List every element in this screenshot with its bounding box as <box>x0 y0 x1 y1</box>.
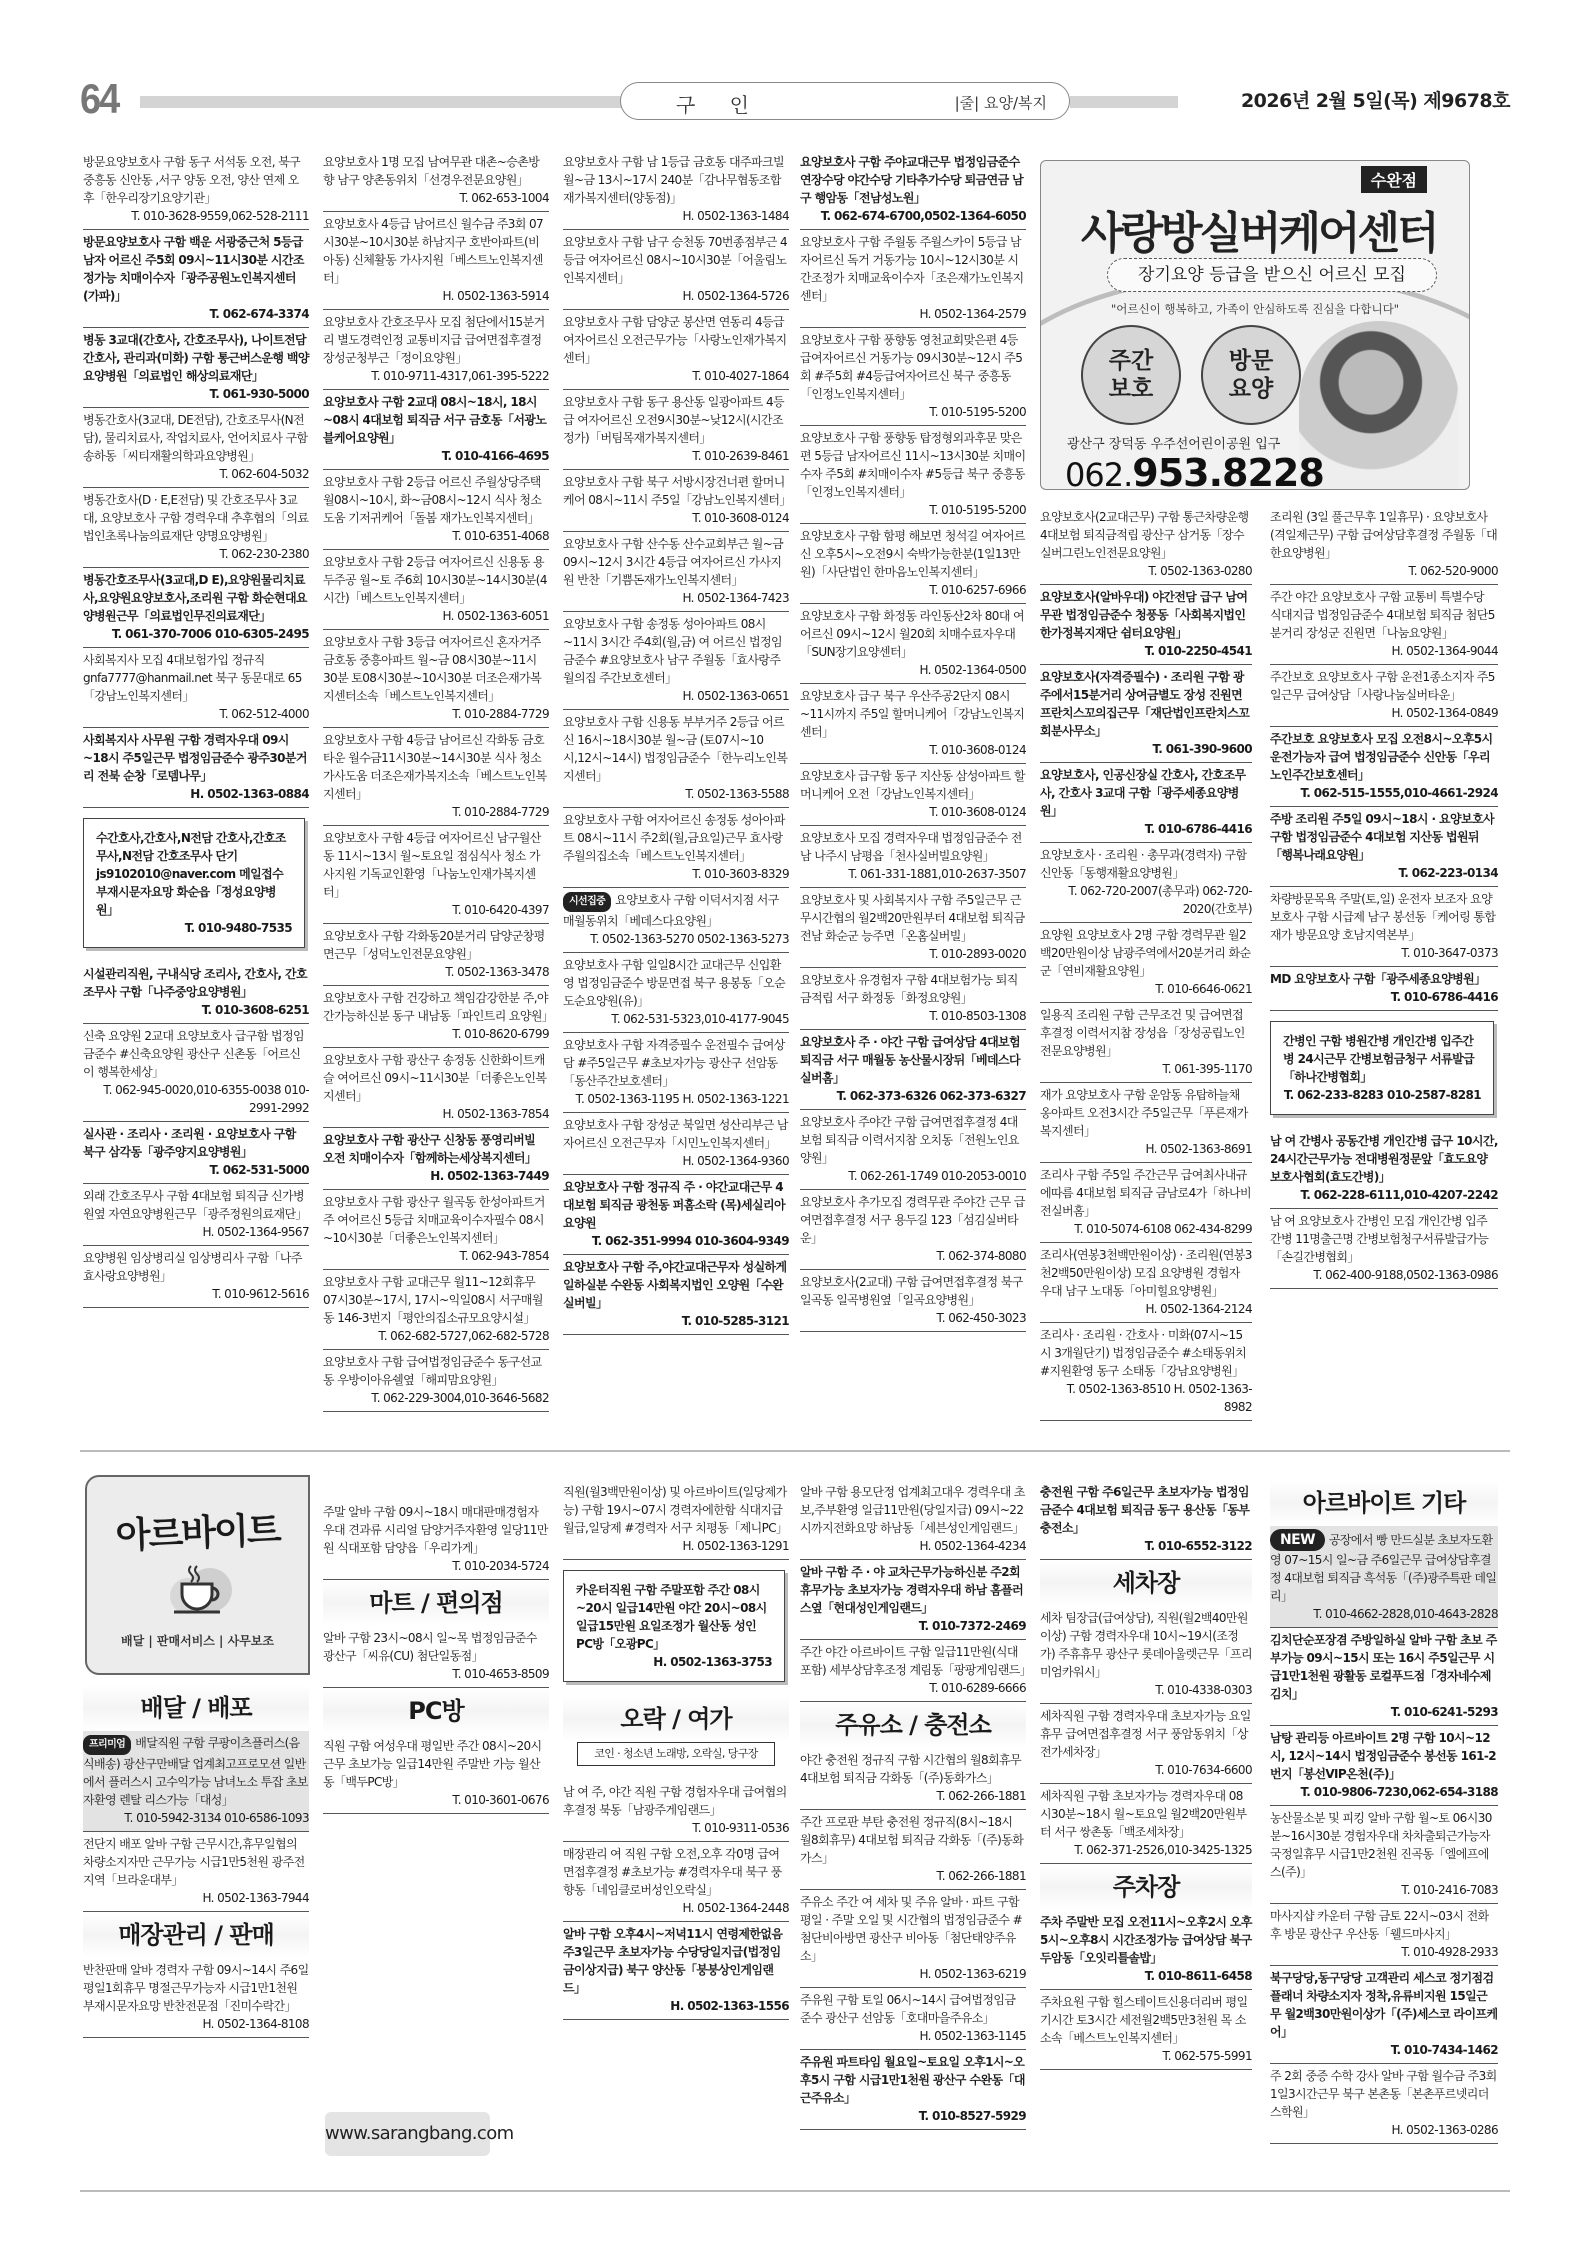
classified-ad[interactable]: 시선집중요양보호사 구함 이덕서지점 서구 매월동위치「베데스다요양원」T. 0… <box>563 888 789 953</box>
ad-phone: T. 0502-1363-8510 H. 0502-1363-8982 <box>1040 1380 1252 1416</box>
classified-ad[interactable]: 요양보호사 급구 북구 우산주공2단지 08시~11시까지 주5일 할머니케어「… <box>800 684 1026 764</box>
ad-text: 요양보호사 구함 2등급 어르신 주월상당주택 월08시~10시, 화~금08시… <box>323 475 541 525</box>
ad-text: 주간 야간 요양보호사 구함 교통비 특별수당 식대지급 법정임금준수 4대보험… <box>1270 590 1495 640</box>
ad-badge: NEW <box>1270 1529 1325 1551</box>
classified-ad[interactable]: 요양보호사 구함 풍향동 영천교회맞은편 4등급여자어르신 거동가능 09시30… <box>800 328 1026 426</box>
ad-text: 차량방문목욕 주말(토,일) 운전자 보조자 요양보호사 구함 시급제 남구 봉… <box>1270 892 1495 942</box>
ad-phone: T. 062-720-2007(총무과) 062-720-2020(간호부) <box>1040 882 1252 918</box>
classified-ad[interactable]: 요양보호사, 인공신장실 간호사, 간호조무사, 간호사 3교대 구함「광주세종… <box>1040 763 1252 843</box>
classified-ad[interactable]: 요양보호사 구함 자격증필수 운전필수 급여상담 #주5일근무 #초보자가능 광… <box>563 1033 789 1113</box>
ad-text: 농산물소분 및 피킹 알바 구함 월~토 06시30분~16시30분 경험자우대… <box>1270 1811 1492 1879</box>
ad-text: 요양보호사 · 조리원 · 총무과(경력자) 구함 신안동「동행재활요양병원」 <box>1040 848 1247 880</box>
classified-ad[interactable]: 요양보호사 구함 건강하고 책임감강한분 주,야간가능하신분 동구 내남동「파인… <box>323 986 549 1048</box>
center-address: 광산구 장덕동 우주선어린이공원 입구 <box>1067 433 1280 452</box>
ad-text: 세차직원 구함 경력자우대 초보자가능 요일휴무 급여면접후결정 서구 풍암동위… <box>1040 1709 1251 1759</box>
alba-column-6: 아르바이트 기타NEW공장에서 빵 만드실분 초보자도환영 07~15시 일~금… <box>1270 1480 1498 2144</box>
classified-ad[interactable]: 주간보호 요양보호사 구함 운전1종소지자 주5일근무 급여상담「사랑나눔실버타… <box>1270 665 1498 727</box>
category-title: 마트 / 편의점 <box>323 1580 549 1626</box>
classified-ad[interactable]: 카운터직원 구함 주말포함 주간 08시~20시 일급14만원 야간 20시~0… <box>563 1570 785 1682</box>
ad-text: 요양보호사 주야간 구함 급여면접후결정 4대보험 퇴직금 이력서지참 오치동「… <box>800 1115 1019 1165</box>
ad-phone: T. 062-520-9000 <box>1270 562 1498 580</box>
ad-text: 주간보호 요양보호사 모집 오전8시~오후5시 운전가능자 급여 법정임금준수 … <box>1270 732 1493 782</box>
classified-ad[interactable]: 요양보호사 구함 교대근무 월11~12회휴무 07시30분~17시, 17시~… <box>323 1270 549 1350</box>
ad-text: 사회복지사 사무원 구함 경력자우대 09시~18시 주5일근무 법정임금준수 … <box>83 733 307 783</box>
ad-phone: T. 010-6257-6966 <box>800 581 1026 599</box>
alba-logo-box: 아르바이트 배달 | 판매서비스 | 사무보조 <box>85 1475 310 1675</box>
classified-ad[interactable]: 요양보호사 구함 동구 용산동 일광아파트 4등급 여자어르신 오전9시30분~… <box>563 390 789 470</box>
classified-ad[interactable]: 요양보호사 구함 급여법정임금준수 동구선교동 우방이아유쉘옆「해피맘요양원」T… <box>323 1350 549 1412</box>
ad-phone: T. 062-674-3374 <box>83 305 309 323</box>
ad-text: 주차요원 구함 힐스테이트신용더리버 평일기시간 토3시간 세전월2백5만3천원… <box>1040 1995 1248 2045</box>
ad-text: 요양보호사(2교대근무) 구함 통근차량운행 4대보험 퇴직금적립 광산구 삼거… <box>1040 510 1249 560</box>
ad-text: 세차 팀장급(급여상담), 직원(월2백40만원이상) 구함 경력자우대 10시… <box>1040 1611 1252 1679</box>
classified-ad[interactable]: 알바 구함 주 · 야 교차근무가능하신분 주2회휴무가능 초보자가능 경력자우… <box>800 1560 1026 1640</box>
ad-text: 방문요양보호사 구함 동구 서석동 오전, 북구 중흥동 신안동 ,서구 양동 … <box>83 155 300 205</box>
header-bar-right <box>1070 96 1178 108</box>
ad-phone: T. 010-2639-8461 <box>563 447 789 465</box>
classified-ad[interactable]: 요양보호사 구함 주,야간교대근무자 성실하게 일하실분 수완동 사회복지법인 … <box>563 1255 789 1335</box>
ad-text: 요양보호사(자격증필수) · 조리원 구함 광주에서15분거리 상여금별도 장성… <box>1040 670 1249 738</box>
classified-ad[interactable]: 조리원 (3일 풀근무후 1일휴무) · 요양보호사(격일제근무) 구함 급여상… <box>1270 505 1498 585</box>
classified-ad[interactable]: 요양보호사 구함 2등급 여자어르신 신용동 용두주공 월~토 주6회 10시3… <box>323 550 549 630</box>
classified-ad[interactable]: 주간보호 요양보호사 모집 오전8시~오후5시 운전가능자 급여 법정임금준수 … <box>1270 727 1498 807</box>
category-title: 아르바이트 기타 <box>1270 1480 1498 1526</box>
ad-text: 요양보호사 급구 북구 우산주공2단지 08시~11시까지 주5일 할머니케어「… <box>800 689 1024 739</box>
ad-phone: H. 0502-1363-5914 <box>323 287 549 305</box>
ad-text: 요양보호사 4등급 남어르신 월수금 주3회 07시30분~10시30분 하남지… <box>323 217 543 285</box>
classified-ad[interactable]: 전단지 배포 알바 구함 근무시간,휴무일협의 차량소지자만 근무가능 시급1만… <box>83 1832 309 1912</box>
ad-phone: T. 062-945-0020,010-6355-0038 010-2991-2… <box>83 1081 309 1117</box>
classified-ad[interactable]: 요양보호사 구함 여자어르신 송정동 성아아파트 08시~11시 주2회(월,금… <box>563 808 789 888</box>
classified-ad[interactable]: 요양병원 임상병리실 임상병리사 구함「나주효사랑요양병원」T. 010-961… <box>83 1246 309 1308</box>
ad-phone: H. 0502-1363-8691 <box>1040 1140 1252 1158</box>
ad-phone: T. 062-515-1555,010-4661-2924 <box>1270 784 1498 802</box>
classified-ad[interactable]: 요양보호사 주야간 구함 급여면접후결정 4대보험 퇴직금 이력서지참 오치동「… <box>800 1110 1026 1190</box>
classified-ad[interactable]: 요양보호사 구함 2교대 08시~18시, 18시~08시 4대보험 퇴직금 서… <box>323 390 549 470</box>
ad-text: 병동간호사(3교대, DE전담), 간호조무사(N전담), 물리치료사, 작업치… <box>83 413 307 463</box>
classified-ad[interactable]: 알바 구함 오후4시~저녁11시 연령제한없음 주3일근무 초보자가능 수당당일… <box>563 1922 789 2020</box>
classified-ad[interactable]: 마사지샵 카운터 구함 금토 22시~03시 전화후 방문 광산구 우산동「웰드… <box>1270 1904 1498 1966</box>
ad-phone: T. 061-331-1881,010-2637-3507 <box>800 865 1026 883</box>
ad-phone: H. 0502-1364-7423 <box>563 589 789 607</box>
classified-ad[interactable]: 병동간호사(3교대, DE전담), 간호조무사(N전담), 물리치료사, 작업치… <box>83 408 309 488</box>
classified-column-3: 요양보호사 구함 남 1등급 금호동 대주파크빌 월~금 13시~17시 240… <box>563 150 789 1335</box>
ad-text: 요양보호사 유경험자 구함 4대보험가능 퇴직금적립 서구 화정동「화정요양원」 <box>800 973 1018 1005</box>
ad-phone: T. 062-575-5991 <box>1040 2047 1252 2065</box>
issue-date: 2026년 2월 5일(목) 제9678호 <box>1241 86 1510 113</box>
classified-ad[interactable]: 시설관리직원, 구내식당 조리사, 간호사, 간호조무사 구함「나주중앙요양병원… <box>83 962 309 1024</box>
classified-ad[interactable]: 김치단순포장겸 주방일하실 알바 구함 초보 주부가능 09시~15시 또는 1… <box>1270 1628 1498 1726</box>
ad-phone: T. 062-531-5000 <box>83 1161 309 1179</box>
ad-text: 요양보호사 구함 담양군 봉산면 연동리 4등급 여자어르신 오전근무가능「사랑… <box>563 315 786 365</box>
ad-phone: T. 010-5074-6108 062-434-8299 <box>1040 1220 1252 1238</box>
classified-ad[interactable]: 세차직원 구함 초보자가능 경력자우대 08시30분~18시 월~토요일 월2백… <box>1040 1784 1252 1864</box>
ad-phone: T. 062-682-5727,062-682-5728 <box>323 1327 549 1345</box>
classified-ad[interactable]: 요양보호사 구함 송정동 성아아파트 08시~11시 3시간 주4회(월,금) … <box>563 612 789 710</box>
classified-column-1: 방문요양보호사 구함 동구 서석동 오전, 북구 중흥동 신안동 ,서구 양동 … <box>83 150 309 1308</box>
ad-text: 요양보호사, 인공신장실 간호사, 간호조무사, 간호사 3교대 구함「광주세종… <box>1040 768 1246 818</box>
classified-ad[interactable]: 방문요양보호사 구함 백운 서광중근처 5등급 남자 어르신 주5회 09시~1… <box>83 230 309 328</box>
ad-phone: T. 010-7634-6600 <box>1040 1761 1252 1779</box>
ad-phone: T. 010-6786-4416 <box>1270 988 1498 1006</box>
classified-ad[interactable]: 요양보호사 구함 화정동 라인동산2차 80대 여어르신 09시~12시 월20… <box>800 604 1026 684</box>
ad-text: 요양보호사 구함 급여법정임금준수 동구선교동 우방이아유쉘옆「해피맘요양원」 <box>323 1355 542 1387</box>
ad-text: 요양보호사 구함 4등급 남어르신 각화동 금호타운 월수금11시30분~14시… <box>323 733 546 801</box>
classified-ad[interactable]: 충전원 구함 주6일근무 초보자가능 법정임금준수 4대보험 퇴직금 동구 용산… <box>1040 1480 1252 1560</box>
slogan: "어르신이 행복하고, 가족이 안심하도록 진심을 다합니다" <box>1111 301 1399 317</box>
ad-phone: T. 062-531-5323,010-4177-9045 <box>563 1010 789 1028</box>
ad-text: 요양보호사 1명 모집 남여무관 대촌~승촌방향 남구 양촌동위치「선경우전문요… <box>323 155 539 187</box>
classified-ad[interactable]: 요양보호사 구함 북구 서방시장건너편 할머니케어 08시~11시 주5일「강남… <box>563 470 789 532</box>
ad-text: 요양보호사 구함 광산구 신창동 풍영리버빌 오전 치매이수자「함께하는세상복지… <box>323 1133 536 1165</box>
classified-ad[interactable]: 반찬판매 알바 경력자 구함 09시~14시 주6일 평일1회휴무 명절근무가능… <box>83 1958 309 2038</box>
classified-ad[interactable]: 사회복지사 사무원 구함 경력자우대 09시~18시 주5일근무 법정임금준수 … <box>83 728 309 808</box>
classified-ad[interactable]: 요양보호사 간호조무사 모집 첨단에서15분거리 별도경력인정 교통비지급 급여… <box>323 310 549 390</box>
classified-ad[interactable]: 주간 야간 아르바이트 구함 일급11만원(식대포함) 세부상담후조정 계림동「… <box>800 1640 1026 1702</box>
ad-phone: T. 062-373-6326 062-373-6327 <box>800 1087 1026 1105</box>
ad-text: 요양보호사 구함 자격증필수 운전필수 급여상담 #주5일근무 #초보자가능 광… <box>563 1038 785 1088</box>
ad-phone: H. 0502-1364-9044 <box>1270 642 1498 660</box>
sarangbang-silver-care-ad[interactable]: 수완점 사랑방실버케어센터 장기요양 등급을 받으신 어르신 모집 "어르신이 … <box>1040 160 1470 490</box>
ad-text: 주 2회 중증 수학 강사 알바 구함 월수금 주3회 1일3시간근무 북구 본… <box>1270 2069 1497 2119</box>
ad-phone: T. 010-4027-1864 <box>563 367 789 385</box>
ad-phone: T. 010-8527-5929 <box>800 2107 1026 2125</box>
ad-text: 요양보호사 구함 풍향동 탑정형외과후문 맞은편 5등급 남자어르신 11시~1… <box>800 431 1025 499</box>
classified-ad[interactable]: 병동 3교대(간호사, 간호조무사), 나이트전담 간호사, 관리과(미화) 구… <box>83 328 309 408</box>
classified-ad[interactable]: 차량방문목욕 주말(토,일) 운전자 보조자 요양보호사 구함 시급제 남구 봉… <box>1270 887 1498 967</box>
classified-column-6: 조리원 (3일 풀근무후 1일휴무) · 요양보호사(격일제근무) 구함 급여상… <box>1270 505 1498 1289</box>
classified-ad[interactable]: 요양보호사(2교대근무) 구함 통근차량운행 4대보험 퇴직금적립 광산구 삼거… <box>1040 505 1252 585</box>
classified-ad[interactable]: 요양보호사 급구함 동구 지산동 삼성아파트 할머니케어 오전「강남노인복지센터… <box>800 764 1026 826</box>
ad-text: 요양보호사 구함 동구 용산동 일광아파트 4등급 여자어르신 오전9시30분~… <box>563 395 784 445</box>
ad-text: 수간호사,간호사,N전담 간호사,간호조무사,N전담 간호조무사 단기 js91… <box>96 831 286 917</box>
ad-phone: T. 062-653-1004 <box>323 189 549 207</box>
ad-text: 요양보호사 구함 함평 해보면 청석길 여자어르신 오후5시~오전9시 숙박가능… <box>800 529 1025 579</box>
ad-phone: H. 0502-1363-7854 <box>323 1105 549 1123</box>
ad-phone: H. 0502-1363-6051 <box>323 607 549 625</box>
classified-ad[interactable]: 요양보호사 · 조리원 · 총무과(경력자) 구함 신안동「동행재활요양병원」T… <box>1040 843 1252 923</box>
ad-phone: T. 010-4662-2828,010-4643-2828 <box>1270 1605 1498 1623</box>
ad-phone: T. 010-9711-4317,061-395-5222 <box>323 367 549 385</box>
ad-text: 주차 주말반 모집 오전11시~오후2시 오후5시~오후8시 시간조정가능 급여… <box>1040 1915 1252 1965</box>
category-title: 배달 / 배포 <box>83 1685 309 1731</box>
ad-phone: T. 010-6241-5293 <box>1270 1703 1498 1721</box>
alba-logo-title: 아르바이트 <box>86 1501 309 1560</box>
classified-ad[interactable]: 주 2회 중증 수학 강사 알바 구함 월수금 주3회 1일3시간근무 북구 본… <box>1270 2064 1498 2144</box>
ad-text: 요양보호사(2교대) 구함 급여면접후결정 북구 일곡동 일곡병원옆「일곡요양병… <box>800 1275 1023 1307</box>
ad-text: 요양보호사 구함 교대근무 월11~12회휴무 07시30분~17시, 17시~… <box>323 1275 543 1325</box>
ad-phone: H. 0502-1363-0884 <box>83 785 309 803</box>
classified-ad[interactable]: NEW공장에서 빵 만드실분 초보자도환영 07~15시 일~금 주6일근무 급… <box>1270 1526 1498 1628</box>
ad-phone: T. 010-4338-0303 <box>1040 1681 1252 1699</box>
ad-phone: T. 010-6420-4397 <box>323 901 549 919</box>
ad-phone: T. 010-5942-3134 010-6586-1093 <box>83 1809 309 1827</box>
classified-ad[interactable]: 조리사 구함 주5일 주간근무 급여최사내규에따름 4대보험 퇴직금 금남로4가… <box>1040 1163 1252 1243</box>
section-divider <box>80 1450 1510 1452</box>
ad-text: 요양보호사 구함 4등급 여자어르신 남구월산동 11시~13시 월~토요일 점… <box>323 831 541 899</box>
classified-ad[interactable]: 직원 구함 여성우대 평일반 주간 08시~20시근무 초보가능 일급14만원 … <box>323 1734 549 1814</box>
classified-ad[interactable]: 북구당당,동구당당 고객관리 세스코 정기점검 플래너 차량소지자 정착,유류비… <box>1270 1966 1498 2064</box>
classified-ad[interactable]: 요양보호사 구함 신용동 부부거주 2등급 어르신 16시~18시30분 월~금… <box>563 710 789 808</box>
classified-ad[interactable]: 요양보호사 구함 풍향동 탑정형외과후문 맞은편 5등급 남자어르신 11시~1… <box>800 426 1026 524</box>
classified-ad[interactable]: 주간 야간 요양보호사 구함 교통비 특별수당 식대지급 법정임금준수 4대보험… <box>1270 585 1498 665</box>
ad-text: 요양보호사 구함 각화동20분거리 담양군창평면근무「성덕노인전문요양원」 <box>323 929 545 961</box>
ad-text: 요양보호사 및 사회복지사 구함 주5일근무 근무시간협의 월2백20만원부터 … <box>800 893 1025 943</box>
ad-text: 주간 야간 아르바이트 구함 일급11만원(식대포함) 세부상담후조정 계림동「… <box>800 1645 1031 1677</box>
phone-prefix: 062. <box>1065 456 1132 490</box>
classified-ad[interactable]: 요양보호사 구함 4등급 남어르신 각화동 금호타운 월수금11시30분~14시… <box>323 728 549 826</box>
ad-text: 알바 구함 오후4시~저녁11시 연령제한없음 주3일근무 초보자가능 수당당일… <box>563 1927 782 1995</box>
ad-phone: T. 010-6552-3122 <box>1040 1537 1252 1555</box>
center-name: 사랑방실버케어센터 <box>1081 197 1437 261</box>
classified-ad[interactable]: 요양보호사 구함 일일8시간 교대근무 신입환영 법정임금준수 방문면접 북구 … <box>563 953 789 1033</box>
classified-ad[interactable]: 남 여 주, 야간 직원 구함 경험자우대 급여협의후결정 북동「남광주게임랜드… <box>563 1780 789 1842</box>
ad-phone: T. 061-395-1170 <box>1040 1060 1252 1078</box>
classified-ad[interactable]: 요양보호사 구함 주야교대근무 법정임금준수 연장수당 야간수당 기타추가수당 … <box>800 150 1026 230</box>
classified-ad[interactable]: 주차 주말반 모집 오전11시~오후2시 오후5시~오후8시 시간조정가능 급여… <box>1040 1910 1252 1990</box>
classified-ad[interactable]: 남 여 간병사 공동간병 개인간병 급구 10시간, 24시간근무가능 전대병원… <box>1270 1129 1498 1209</box>
alba-column-1: 배달 / 배포프리미엄배달직원 구함 쿠팡이츠플러스(음식배송) 광산구만배달 … <box>83 1685 309 2038</box>
classified-column-5: 요양보호사(2교대근무) 구함 통근차량운행 4대보험 퇴직금적립 광산구 삼거… <box>1040 505 1252 1421</box>
ad-text: 요양보호사 구함 신용동 부부거주 2등급 어르신 16시~18시30분 월~금… <box>563 715 787 783</box>
ad-phone: T. 062-266-1881 <box>800 1787 1026 1805</box>
classified-ad[interactable]: 병동간호사(D · E,E전담) 및 간호조무사 3교대, 요양보호사 구함 경… <box>83 488 309 568</box>
classified-ad[interactable]: 요양보호사 4등급 남어르신 월수금 주3회 07시30분~10시30분 하남지… <box>323 212 549 310</box>
ad-text: 조리사 구함 주5일 주간근무 급여최사내규에따름 4대보험 퇴직금 금남로4가… <box>1040 1168 1251 1218</box>
classified-ad[interactable]: 농산물소분 및 피킹 알바 구함 월~토 06시30분~16시30분 경험자우대… <box>1270 1806 1498 1904</box>
classified-ad[interactable]: 요양보호사 추가모집 경력무관 주야간 근무 급여면접후결정 서구 용두길 12… <box>800 1190 1026 1270</box>
classified-ad[interactable]: 주차요원 구함 힐스테이트신용더리버 평일기시간 토3시간 세전월2백5만3천원… <box>1040 1990 1252 2070</box>
category-title: 주유소 / 충전소 <box>800 1702 1026 1748</box>
classified-ad[interactable]: 실사관 · 조리사 · 조리원 · 요양보호사 구함 북구 삼각동「광주양지요양… <box>83 1122 309 1184</box>
ad-text: 요양보호사 구함 주월동 주월스카이 5등급 남자어르신 독거 거동가능 10시… <box>800 235 1023 303</box>
ad-text: 신축 요양원 2교대 요양보호사 급구함 법정임금준수 #신축요양원 광산구 신… <box>83 1029 304 1079</box>
ad-phone: T. 010-3608-0124 <box>800 741 1026 759</box>
ad-phone: T. 010-3647-0373 <box>1270 944 1498 962</box>
classified-ad[interactable]: 요양보호사 구함 각화동20분거리 담양군창평면근무「성덕노인전문요양원」T. … <box>323 924 549 986</box>
classified-ad[interactable]: 요양보호사(자격증필수) · 조리원 구함 광주에서15분거리 상여금별도 장성… <box>1040 665 1252 763</box>
ad-text: 주간 프로판 부탄 충전원 정규직(8시~18시 월8회휴무) 4대보험 퇴직금… <box>800 1815 1023 1865</box>
alba-column-4: 알바 구함 용모단정 업계최고대우 경력우대 초보,주부환영 일급11만원(당일… <box>800 1480 1026 2130</box>
ad-text: 조리원 (3일 풀근무후 1일휴무) · 요양보호사(격일제근무) 구함 급여상… <box>1270 510 1497 560</box>
coffee-cup-icon <box>158 1562 238 1624</box>
classified-ad[interactable]: 주방 조리원 주5일 09시~18시 · 요양보호사 구함 법정임금준수 4대보… <box>1270 807 1498 887</box>
classified-ad[interactable]: 남탕 관리등 아르바이트 2명 구함 10시~12시, 12시~14시 법정임금… <box>1270 1726 1498 1806</box>
ad-phone: T. 062-229-3004,010-3646-5682 <box>323 1389 549 1407</box>
classified-ad[interactable]: MD 요양보호사 구함「광주세종요양병원」T. 010-6786-4416 <box>1270 967 1498 1011</box>
classified-ad[interactable]: 요양보호사 구함 함평 해보면 청석길 여자어르신 오후5시~오전9시 숙박가능… <box>800 524 1026 604</box>
classified-ad[interactable]: 요양보호사 유경험자 구함 4대보험가능 퇴직금적립 서구 화정동「화정요양원」… <box>800 968 1026 1030</box>
classified-column-4: 요양보호사 구함 주야교대근무 법정임금준수 연장수당 야간수당 기타추가수당 … <box>800 150 1026 1332</box>
ad-phone: T. 062-374-8080 <box>800 1247 1026 1265</box>
classified-ad[interactable]: 주말 알바 구함 09시~18시 매대판매경험자우대 견과류 시리얼 담양거주자… <box>323 1500 549 1580</box>
ad-phone: H. 0502-1364-5726 <box>563 287 789 305</box>
classified-ad[interactable]: 알바 구함 23시~08시 일~목 법정임금준수 광산구「씨유(CU) 첨단일동… <box>323 1626 549 1688</box>
ad-text: 요양보호사 구함 산수동 산수교회부근 월~금 09시~12시 3시간 4등급 … <box>563 537 783 587</box>
classified-ad[interactable]: 주유소 주간 여 세차 및 주유 알바 · 파트 구함 평일 · 주말 오일 및… <box>800 1890 1026 1988</box>
classified-ad[interactable]: 요양보호사 및 사회복지사 구함 주5일근무 근무시간협의 월2백20만원부터 … <box>800 888 1026 968</box>
classified-ad[interactable]: 알바 구함 용모단정 업계최고대우 경력우대 초보,주부환영 일급11만원(당일… <box>800 1480 1026 1560</box>
ad-phone: T. 010-3608-0124 <box>563 509 789 527</box>
ad-text: 직원(월3백만원이상) 및 아르바이트(일당제가능) 구함 19시~07시 경력… <box>563 1485 787 1535</box>
ad-text: 요양보호사 구함 광산구 송정동 신한화이트캐슬 여어르신 09시~11시30분… <box>323 1053 546 1103</box>
section-subtitle: |줄| 요양/복지 <box>955 92 1047 113</box>
classified-ad[interactable]: 직원(월3백만원이상) 및 아르바이트(일당제가능) 구함 19시~07시 경력… <box>563 1480 789 1560</box>
classified-ad[interactable]: 요양보호사 주 · 야간 구함 급여상담 4대보험 퇴직금 서구 매월동 농산물… <box>800 1030 1026 1110</box>
classified-ad[interactable]: 요양보호사 1명 모집 남여무관 대촌~승촌방향 남구 양촌동위치「선경우전문요… <box>323 150 549 212</box>
classified-ad[interactable]: 요양보호사 구함 광산구 월곡동 한성아파트거주 여어르신 5등급 치매교육이수… <box>323 1190 549 1270</box>
classified-ad[interactable]: 요양보호사 구함 장성군 북일면 성산리부근 남자어르신 오전근무자「시민노인복… <box>563 1113 789 1175</box>
classified-ad[interactable]: 프리미엄배달직원 구함 쿠팡이츠플러스(음식배송) 광산구만배달 업계최고프로모… <box>83 1731 309 1832</box>
classified-ad[interactable]: 외래 간호조무사 구함 4대보험 퇴직금 신가병원옆 자연요양병원근무「광주정원… <box>83 1184 309 1246</box>
ad-phone: T. 010-7434-1462 <box>1270 2041 1498 2059</box>
classified-ad[interactable]: 병동간호조무사(3교대,D E),요양원물리치료사,요양원요양보호사,조리원 구… <box>83 568 309 648</box>
category-title: 주차장 <box>1040 1864 1252 1910</box>
ad-text: 주유소 주간 여 세차 및 주유 알바 · 파트 구함 평일 · 주말 오일 및… <box>800 1895 1022 1963</box>
ad-phone: T. 010-2034-5724 <box>323 1557 549 1575</box>
ad-phone: T. 010-4653-8509 <box>323 1665 549 1683</box>
ad-phone: H. 0502-1364-9360 <box>563 1152 789 1170</box>
ad-text: 반찬판매 알바 경력자 구함 09시~14시 주6일 평일1회휴무 명절근무가능… <box>83 1963 309 2013</box>
classified-ad[interactable]: 주유원 파트타임 월요일~토요일 오후1시~오후5시 구함 시급1만1천원 광산… <box>800 2050 1026 2130</box>
ad-phone: T. 010-2884-7729 <box>323 803 549 821</box>
ad-phone: H. 0502-1364-9567 <box>83 1223 309 1241</box>
ad-text: 남탕 관리등 아르바이트 2명 구함 10시~12시, 12시~14시 법정임금… <box>1270 1731 1496 1781</box>
ad-text: 충전원 구함 주6일근무 초보자가능 법정임금준수 4대보험 퇴직금 동구 용산… <box>1040 1485 1249 1535</box>
ad-text: 주유원 파트타임 월요일~토요일 오후1시~오후5시 구함 시급1만1천원 광산… <box>800 2055 1025 2105</box>
ad-phone: T. 010-2884-7729 <box>323 705 549 723</box>
ad-phone: T. 010-4166-4695 <box>323 447 549 465</box>
classified-ad[interactable]: 조리사 · 조리원 · 간호사 · 미화(07시~15시 3개월단기) 법정임금… <box>1040 1323 1252 1421</box>
ad-phone: T. 0502-1363-1195 H. 0502-1363-1221 <box>563 1090 789 1108</box>
ad-phone: T. 062-223-0134 <box>1270 864 1498 882</box>
classified-ad[interactable]: 요양보호사 구함 3등급 여자어르신 혼자거주 금호동 중흥아파트 월~금 08… <box>323 630 549 728</box>
ad-phone: T. 010-2416-7083 <box>1270 1881 1498 1899</box>
classified-ad[interactable]: 수간호사,간호사,N전담 간호사,간호조무사,N전담 간호조무사 단기 js91… <box>83 818 305 948</box>
classified-ad[interactable]: 신축 요양원 2교대 요양보호사 급구함 법정임금준수 #신축요양원 광산구 신… <box>83 1024 309 1122</box>
ad-text: 조리사 · 조리원 · 간호사 · 미화(07시~15시 3개월단기) 법정임금… <box>1040 1328 1246 1378</box>
ad-text: 방문요양보호사 구함 백운 서광중근처 5등급 남자 어르신 주5회 09시~1… <box>83 235 304 303</box>
classified-ad[interactable]: 매장관리 여 직원 구함 오전,오후 각0명 급여면접후결정 #초보가능 #경력… <box>563 1842 789 1922</box>
ad-text: 요양병원 임상병리실 임상병리사 구함「나주효사랑요양병원」 <box>83 1251 302 1283</box>
classified-ad[interactable]: 요양보호사 구함 광산구 신창동 풍영리버빌 오전 치매이수자「함께하는세상복지… <box>323 1128 549 1190</box>
classified-ad[interactable]: 요양원 요양보호사 2명 구함 경력무관 월2백20만원이상 남광주역에서20분… <box>1040 923 1252 1003</box>
classified-ad[interactable]: 요양보호사 구함 4등급 여자어르신 남구월산동 11시~13시 월~토요일 점… <box>323 826 549 924</box>
classified-ad[interactable]: 남 여 요양보호사 간병인 모집 개인간병 입주간병 11명출근명 간병보험청구… <box>1270 1209 1498 1289</box>
ad-phone: T. 062-371-2526,010-3425-1325 <box>1040 1841 1252 1859</box>
ad-text: 세차직원 구함 초보자가능 경력자우대 08시30분~18시 월~토요일 월2백… <box>1040 1789 1247 1839</box>
page-number: 64 <box>80 78 118 122</box>
ad-phone: T. 010-8611-6458 <box>1040 1967 1252 1985</box>
classified-ad[interactable]: 조리사(연봉3천백만원이상) · 조리원(연봉3천2백50만원이상) 모집 요양… <box>1040 1243 1252 1323</box>
classified-ad[interactable]: 요양보호사 구함 산수동 산수교회부근 월~금 09시~12시 3시간 4등급 … <box>563 532 789 612</box>
classified-ad[interactable]: 야간 충전원 정규직 구함 시간협의 월8회휴무 4대보험 퇴직금 각화동「(주… <box>800 1748 1026 1810</box>
classified-ad[interactable]: 요양보호사 구함 광산구 송정동 신한화이트캐슬 여어르신 09시~11시30분… <box>323 1048 549 1128</box>
ad-phone: H. 0502-1364-4234 <box>800 1537 1026 1555</box>
ad-phone: H. 0502-1363-7449 <box>323 1167 549 1185</box>
ad-phone: T. 010-6786-4416 <box>1040 820 1252 838</box>
ad-phone: H. 0502-1363-3753 <box>576 1653 772 1671</box>
ad-text: 요양보호사 구함 풍향동 영천교회맞은편 4등급여자어르신 거동가능 09시30… <box>800 333 1022 401</box>
alba-column-3: 직원(월3백만원이상) 및 아르바이트(일당제가능) 구함 19시~07시 경력… <box>563 1480 789 2020</box>
recruit-pill: 장기요양 등급을 받으신 어르신 모집 <box>1107 258 1437 292</box>
ad-text: 요양보호사 간호조무사 모집 첨단에서15분거리 별도경력인정 교통비지급 급여… <box>323 315 545 365</box>
classified-column-2: 요양보호사 1명 모집 남여무관 대촌~승촌방향 남구 양촌동위치「선경우전문요… <box>323 150 549 1412</box>
classified-ad[interactable]: 사회복지사 모집 4대보험가입 정규직 gnfa7777@hanmail.net… <box>83 648 309 728</box>
classified-ad[interactable]: 간병인 구함 병원간병 개인간병 입주간병 24시근무 간병보험금청구 서류발급… <box>1270 1021 1494 1115</box>
ad-phone: T. 062-604-5032 <box>83 465 309 483</box>
classified-ad[interactable]: 요양보호사(알바우대) 야간전담 급구 남여무관 법정임금준수 청풍동「사회복지… <box>1040 585 1252 665</box>
ad-text: 요양보호사 구함 3등급 여자어르신 혼자거주 금호동 중흥아파트 월~금 08… <box>323 635 541 703</box>
ad-text: 요양보호사 구함 송정동 성아아파트 08시~11시 3시간 주4회(월,금) … <box>563 617 782 685</box>
category-title: 매장관리 / 판매 <box>83 1912 309 1958</box>
classified-ad[interactable]: 요양보호사 모집 경력자우대 법정임금준수 전남 나주시 남평읍「천사실버빌요양… <box>800 826 1026 888</box>
ad-text: 요양보호사 구함 장성군 북일면 성산리부근 남자어르신 오전근무자「시민노인복… <box>563 1118 788 1150</box>
ad-text: 병동 3교대(간호사, 간호조무사), 나이트전담 간호사, 관리과(미화) 구… <box>83 333 309 383</box>
ad-phone: T. 010-5195-5200 <box>800 403 1026 421</box>
ad-phone: T. 062-450-3023 <box>800 1309 1026 1327</box>
classified-ad[interactable]: 세차 팀장급(급여상담), 직원(월2백40만원이상) 구함 경력자우대 10시… <box>1040 1606 1252 1704</box>
classified-ad[interactable]: 재가 요양보호사 구함 운암동 유탑하늘채 옹아파트 오전3시간 주5일근무「푸… <box>1040 1083 1252 1163</box>
ad-phone: T. 062-261-1749 010-2053-0010 <box>800 1167 1026 1185</box>
ad-phone: H. 0502-1363-1145 <box>800 2027 1026 2045</box>
ad-phone: T. 010-3608-6251 <box>83 1001 309 1019</box>
ad-phone: H. 0502-1364-2124 <box>1040 1300 1252 1318</box>
center-phone: 062.953.8228 <box>1065 451 1324 490</box>
ad-phone: T. 010-9311-0536 <box>563 1819 789 1837</box>
ad-phone: H. 0502-1364-2448 <box>563 1899 789 1917</box>
section-pill: 구 인 |줄| 요양/복지 <box>620 82 1070 120</box>
ad-text: 알바 구함 용모단정 업계최고대우 경력우대 초보,주부환영 일급11만원(당일… <box>800 1485 1025 1535</box>
ad-phone: T. 062-400-9188,0502-1363-0986 <box>1270 1266 1498 1284</box>
home-care-circle: 방문 요양 <box>1201 325 1301 425</box>
classified-ad[interactable]: 세차직원 구함 경력자우대 초보자가능 요일휴무 급여면접후결정 서구 풍암동위… <box>1040 1704 1252 1784</box>
website-url[interactable]: www.sarangbang.com <box>325 2112 490 2156</box>
classified-ad[interactable]: 요양보호사 구함 2등급 어르신 주월상당주택 월08시~10시, 화~금08시… <box>323 470 549 550</box>
ad-text: 남 여 간병사 공동간병 개인간병 급구 10시간, 24시간근무가능 전대병원… <box>1270 1134 1498 1184</box>
classified-ad[interactable]: 방문요양보호사 구함 동구 서석동 오전, 북구 중흥동 신안동 ,서구 양동 … <box>83 150 309 230</box>
ad-text: 요양보호사(알바우대) 야간전담 급구 남여무관 법정임금준수 청풍동「사회복지… <box>1040 590 1247 640</box>
ad-phone: T. 010-9806-7230,062-654-3188 <box>1270 1783 1498 1801</box>
ad-text: 조리사(연봉3천백만원이상) · 조리원(연봉3천2백50만원이상) 모집 요양… <box>1040 1248 1252 1298</box>
ad-phone: T. 010-8620-6799 <box>323 1025 549 1043</box>
ad-text: 주간보호 요양보호사 구함 운전1종소지자 주5일근무 급여상담「사랑나눔실버타… <box>1270 670 1495 702</box>
ad-text: 요양보호사 구함 여자어르신 송정동 성아아파트 08시~11시 주2회(월,금… <box>563 813 785 863</box>
classified-ad[interactable]: 요양보호사 구함 정규직 주 · 야간교대근무 4대보험 퇴직금 광천동 퍼홈소… <box>563 1175 789 1255</box>
phone-main: 953.8228 <box>1132 451 1324 490</box>
classified-ad[interactable]: 주간 프로판 부탄 충전원 정규직(8시~18시 월8회휴무) 4대보험 퇴직금… <box>800 1810 1026 1890</box>
ad-phone: T. 010-6646-0621 <box>1040 980 1252 998</box>
ad-phone: T. 010-3601-0676 <box>323 1791 549 1809</box>
classified-ad[interactable]: 요양보호사 구함 남 1등급 금호동 대주파크빌 월~금 13시~17시 240… <box>563 150 789 230</box>
ad-text: 시설관리직원, 구내식당 조리사, 간호사, 간호조무사 구함「나주중앙요양병원… <box>83 967 307 999</box>
classified-ad[interactable]: 요양보호사(2교대) 구함 급여면접후결정 북구 일곡동 일곡병원옆「일곡요양병… <box>800 1270 1026 1332</box>
classified-ad[interactable]: 주유원 구함 토일 06시~14시 급여법정임금준수 광산구 선암동「호대마을주… <box>800 1988 1026 2050</box>
ad-phone: T. 062-512-4000 <box>83 705 309 723</box>
classified-ad[interactable]: 요양보호사 구함 담양군 봉산면 연동리 4등급 여자어르신 오전근무가능「사랑… <box>563 310 789 390</box>
ad-phone: T. 010-5195-5200 <box>800 501 1026 519</box>
ad-text: 남 여 주, 야간 직원 구함 경험자우대 급여협의후결정 북동「남광주게임랜드… <box>563 1785 787 1817</box>
ad-text: 요양보호사 구함 주,야간교대근무자 성실하게 일하실분 수완동 사회복지법인 … <box>563 1260 787 1310</box>
ad-phone: H. 0502-1363-6219 <box>800 1965 1026 1983</box>
classified-ad[interactable]: 요양보호사 구함 주월동 주월스카이 5등급 남자어르신 독거 거동가능 10시… <box>800 230 1026 328</box>
ad-phone: H. 0502-1363-0651 <box>563 687 789 705</box>
classified-ad[interactable]: 요양보호사 구함 남구 승천동 70번종점부근 4등급 여자어르신 08시~10… <box>563 230 789 310</box>
ad-text: 요양보호사 구함 주야교대근무 법정임금준수 연장수당 야간수당 기타추가수당 … <box>800 155 1023 205</box>
ad-text: 알바 구함 주 · 야 교차근무가능하신분 주2회휴무가능 초보자가능 경력자우… <box>800 1565 1023 1615</box>
ad-phone: H. 0502-1363-0286 <box>1270 2121 1498 2139</box>
classified-ad[interactable]: 일용직 조리원 구함 근무조건 및 급여면접후결정 이력서지참 장성읍「장성공립… <box>1040 1003 1252 1083</box>
